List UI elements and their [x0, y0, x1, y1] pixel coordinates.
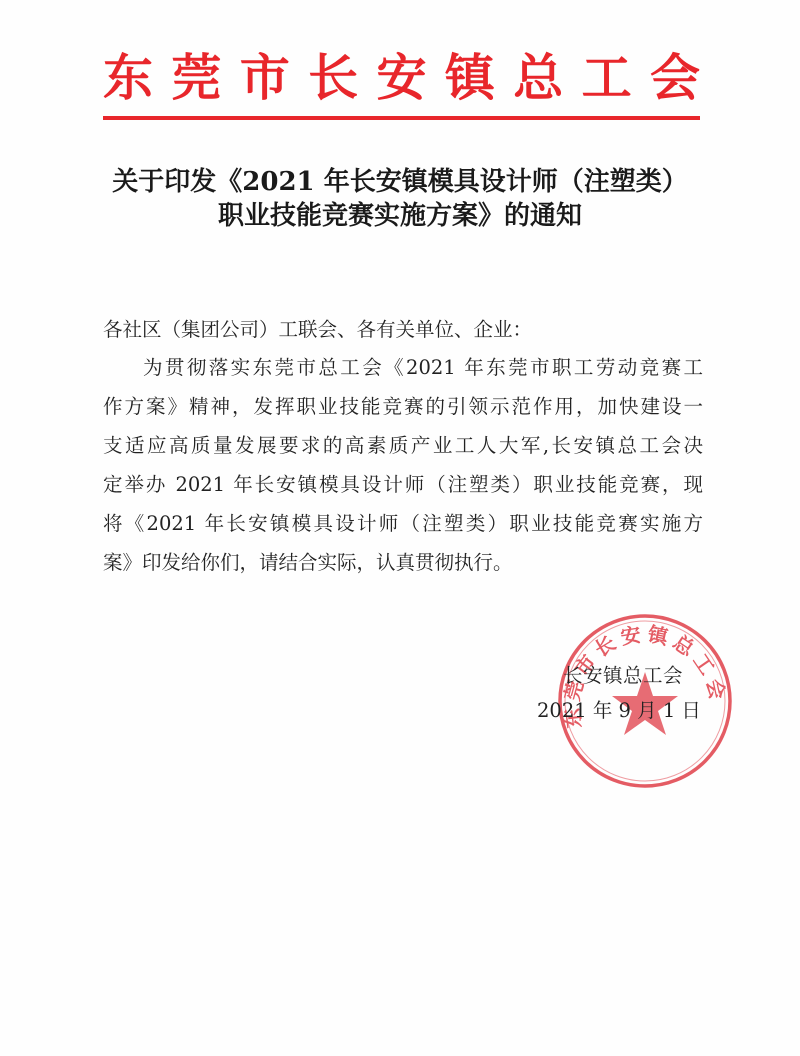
letterhead-char: 镇 — [445, 46, 495, 110]
paragraph-line: 案》印发给你们，请结合实际，认真贯彻执行。 — [103, 550, 703, 576]
signature-organization: 长安镇总工会 — [563, 663, 683, 689]
paragraph-line: 支适应高质量发展要求的高素质产业工人大军,长安镇总工会决 — [103, 433, 703, 459]
letterhead-char: 会 — [650, 46, 700, 110]
paragraph-line: 作方案》精神，发挥职业技能竞赛的引领示范作用，加快建设一 — [103, 394, 703, 420]
letterhead-org-name: 东 莞 市 长 安 镇 总 工 会 — [103, 46, 700, 110]
signature-date: 2021 年 9 月 1 日 — [537, 698, 701, 724]
document-title-line-2: 职业技能竞赛实施方案》的通知 — [0, 199, 800, 233]
document-title-line-1: 关于印发《2021 年长安镇模具设计师（注塑类） — [0, 165, 800, 199]
letterhead-char: 市 — [240, 46, 290, 110]
letterhead-char: 总 — [513, 46, 563, 110]
letterhead-char: 安 — [377, 46, 427, 110]
letterhead-char: 长 — [308, 46, 358, 110]
paragraph-line: 将《2021 年长安镇模具设计师（注塑类）职业技能竞赛实施方 — [103, 511, 703, 537]
letterhead-char: 东 — [103, 46, 153, 110]
document-page: 东 莞 市 长 安 镇 总 工 会 关于印发《2021 年长安镇模具设计师（注塑… — [0, 0, 800, 1056]
salutation: 各社区（集团公司）工联会、各有关单位、企业： — [103, 317, 703, 343]
letterhead-red-rule — [103, 116, 700, 120]
letterhead-char: 莞 — [171, 46, 221, 110]
letterhead-char: 工 — [582, 46, 632, 110]
paragraph-line: 为贯彻落实东莞市总工会《2021 年东莞市职工劳动竞赛工 — [143, 355, 703, 381]
paragraph-line: 定举办 2021 年长安镇模具设计师（注塑类）职业技能竞赛，现 — [103, 472, 703, 498]
